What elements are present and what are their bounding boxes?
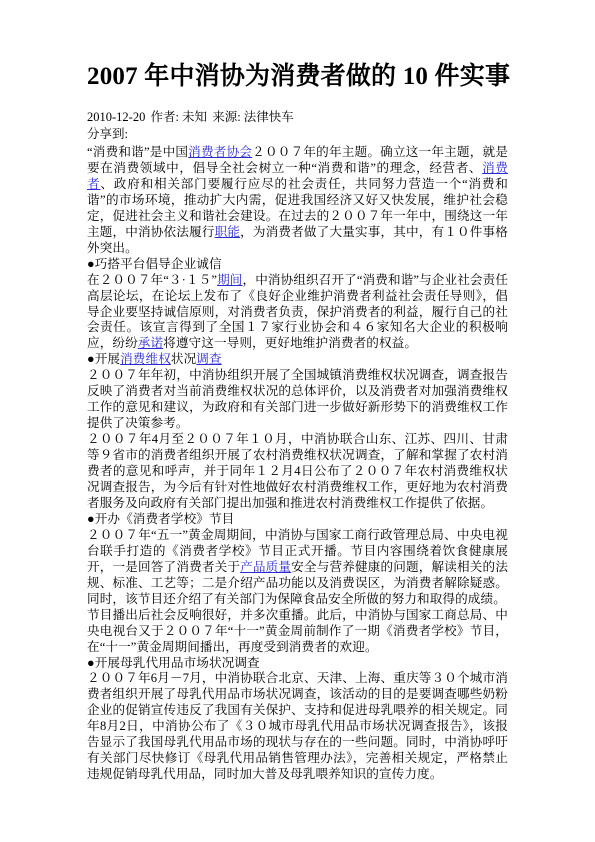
paragraph: 在２００７年“３·１５”期间，中消协组织召开了“消费和谐”与企业社会责任高层论坛…	[87, 273, 508, 353]
paragraph: ２００７年“五一”黄金周期间，中消协与国家工商行政管理总局、中央电视台联手打造的…	[87, 528, 508, 608]
text-run: ●开办《消费者学校》节目	[87, 512, 234, 526]
section-heading: ●开展母乳代用品市场状况调查	[87, 656, 508, 672]
paragraph: ２００７年6月－7月，中消协联合北京、天津、上海、重庆等３０个城市消费者组织开展…	[87, 671, 508, 783]
section-heading: ●开展消费维权状况调查	[87, 352, 508, 368]
document-page: 2007 年中消协为消费者做的 10 件实事 2010-12-20 作者: 未知…	[87, 62, 508, 783]
meta-source: 来源: 法律快车	[212, 110, 294, 124]
text-run: ２００７年年初，中消协组织开展了全国城镇消费维权状况调查，调查报告反映了消费者对…	[87, 368, 508, 430]
text-run: ２００７年6月－7月，中消协联合北京、天津、上海、重庆等３０个城市消费者组织开展…	[87, 671, 508, 781]
document-canvas: { "article": { "title": "2007 年中消协为消费者做的…	[0, 0, 595, 842]
meta-author: 作者: 未知	[150, 110, 207, 124]
inline-link[interactable]: 调查	[196, 352, 221, 366]
paragraph: ２００７年年初，中消协组织开展了全国城镇消费维权状况调查，调查报告反映了消费者对…	[87, 368, 508, 432]
section-heading: ●巧搭平台倡导企业诚信	[87, 257, 508, 273]
text-run: “消费和谐”是中国	[87, 145, 188, 159]
inline-link[interactable]: 消费维权	[120, 352, 171, 366]
paragraph: 节目播出后社会反响很好，并多次重播。此后，中消协与国家工商总局、中央电视台又于２…	[87, 608, 508, 656]
text-run: ●开展母乳代用品市场状况调查	[87, 656, 260, 670]
text-run: ●开展	[87, 352, 120, 366]
article-title: 2007 年中消协为消费者做的 10 件实事	[87, 62, 508, 92]
inline-link[interactable]: 承诺	[138, 336, 163, 350]
text-run: 节目播出后社会反响很好，并多次重播。此后，中消协与国家工商总局、中央电视台又于２…	[87, 608, 508, 654]
section-heading: ●开办《消费者学校》节目	[87, 512, 508, 528]
article-body: “消费和谐”是中国消费者协会２００７年的年主题。确立这一年主题，就是要在消费领域…	[87, 145, 508, 783]
article-meta: 2010-12-20 作者: 未知 来源: 法律快车	[87, 109, 508, 126]
text-run: ●巧搭平台倡导企业诚信	[87, 257, 222, 271]
paragraph: “消费和谐”是中国消费者协会２００７年的年主题。确立这一年主题，就是要在消费领域…	[87, 145, 508, 257]
inline-link[interactable]: 消费者协会	[188, 145, 252, 159]
paragraph: ２００７年4月至２００７年１０月，中消协联合山东、江苏、四川、甘肃等９省市的消费…	[87, 432, 508, 512]
text-run: ２００７年4月至２００７年１０月，中消协联合山东、江苏、四川、甘肃等９省市的消费…	[87, 432, 508, 510]
text-run: 将遵守这一导则，更好地维护消费者的权益。	[163, 336, 417, 350]
text-run: 状况	[171, 352, 196, 366]
share-label: 分享到:	[87, 126, 508, 143]
inline-link[interactable]: 产品质量	[240, 560, 291, 574]
inline-link[interactable]: 职能	[215, 225, 241, 239]
text-run: 在２００７年“３·１５”	[87, 273, 217, 287]
inline-link[interactable]: 期间	[217, 273, 242, 287]
meta-date: 2010-12-20	[87, 110, 145, 124]
